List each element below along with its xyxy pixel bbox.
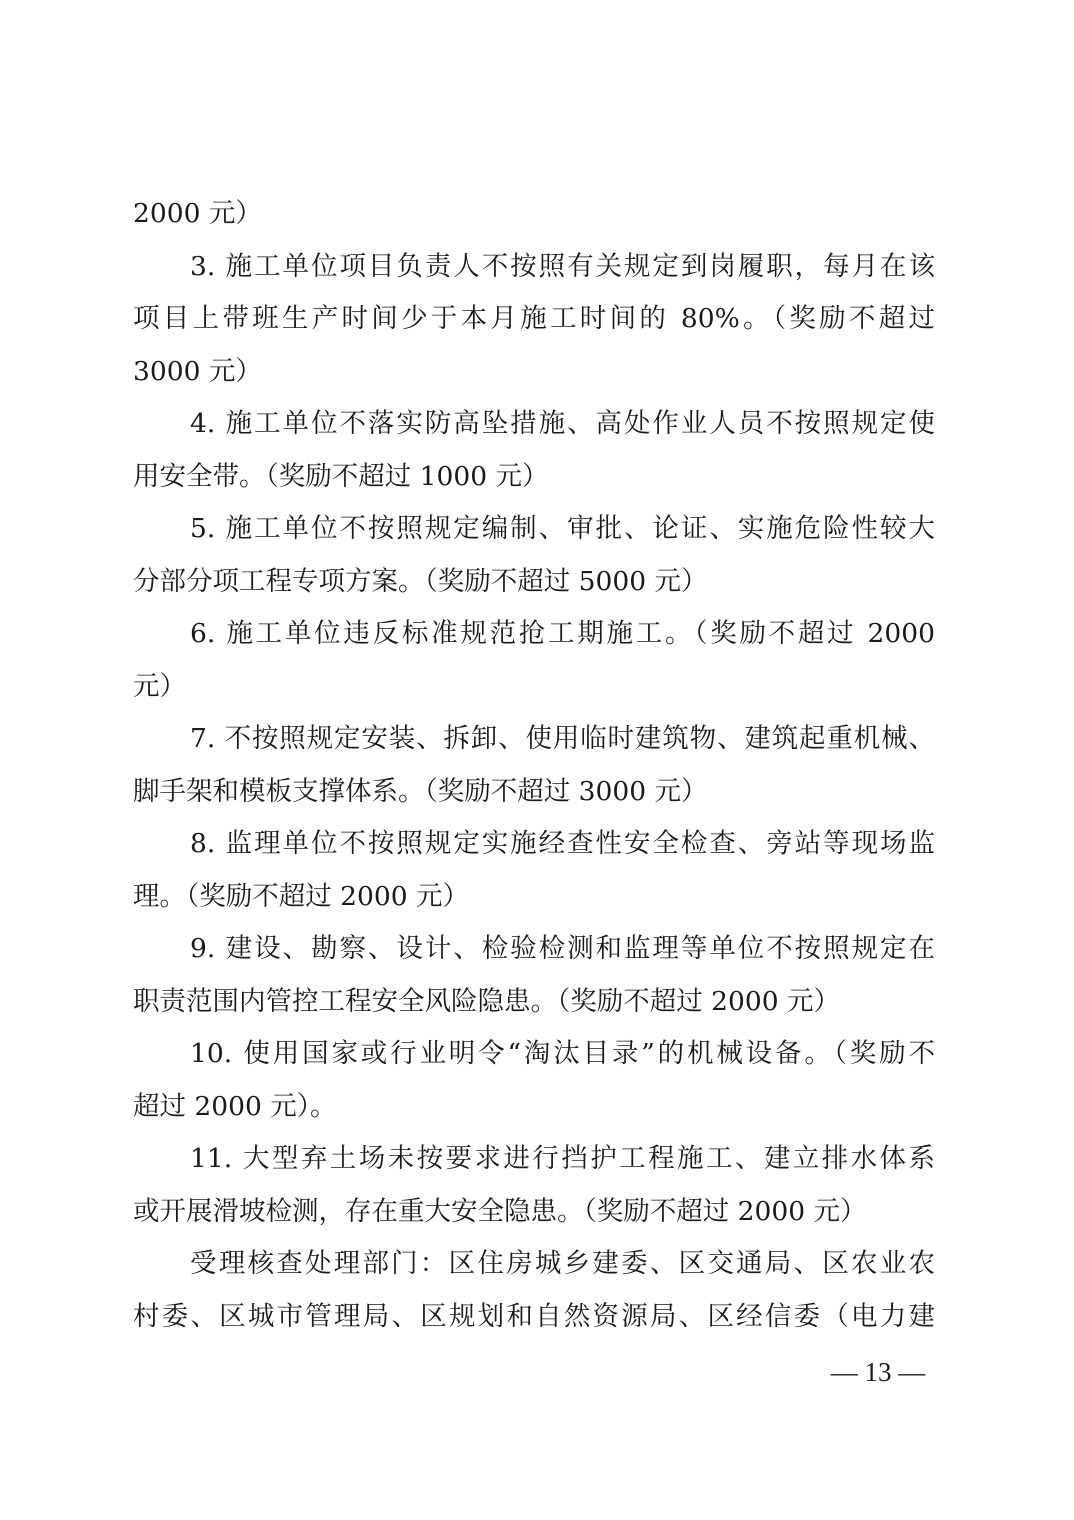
text-line: 3000 元） bbox=[133, 346, 935, 399]
text-line: 元） bbox=[133, 661, 935, 714]
text-line-item-10: 10. 使用国家或行业明令“淘汰目录”的机械设备。（奖励不 bbox=[133, 1028, 935, 1081]
text-line-item-8: 8. 监理单位不按照规定实施经查性安全检查、旁站等现场监 bbox=[133, 818, 935, 871]
text-line-item-9: 9. 建设、勘察、设计、检验检测和监理等单位不按照规定在 bbox=[133, 923, 935, 976]
text-line-item-11: 11. 大型弃土场未按要求进行挡护工程施工、建立排水体系 bbox=[133, 1133, 935, 1186]
text-line-continuation: 2000 元） bbox=[133, 188, 935, 241]
text-line: 超过 2000 元）。 bbox=[133, 1081, 935, 1134]
text-line-item-7: 7. 不按照规定安装、拆卸、使用临时建筑物、建筑起重机械、 bbox=[133, 713, 935, 766]
text-line-item-4: 4. 施工单位不落实防高坠措施、高处作业人员不按照规定使 bbox=[133, 398, 935, 451]
text-line: 村委、区城市管理局、区规划和自然资源局、区经信委（电力建 bbox=[133, 1291, 935, 1344]
text-line: 项目上带班生产时间少于本月施工时间的 80%。（奖励不超过 bbox=[133, 293, 935, 346]
text-line: 理。（奖励不超过 2000 元） bbox=[133, 871, 935, 924]
text-line-item-5: 5. 施工单位不按照规定编制、审批、论证、实施危险性较大 bbox=[133, 503, 935, 556]
text-line-item-6: 6. 施工单位违反标准规范抢工期施工。（奖励不超过 2000 bbox=[133, 608, 935, 661]
text-line-departments: 受理核查处理部门：区住房城乡建委、区交通局、区农业农 bbox=[133, 1238, 935, 1291]
page-number: — 13 — bbox=[828, 1352, 928, 1392]
text-line-item-3: 3. 施工单位项目负责人不按照有关规定到岗履职，每月在该 bbox=[133, 241, 935, 294]
text-line: 用安全带。（奖励不超过 1000 元） bbox=[133, 451, 935, 504]
text-line: 脚手架和模板支撑体系。（奖励不超过 3000 元） bbox=[133, 766, 935, 819]
text-line: 分部分项工程专项方案。（奖励不超过 5000 元） bbox=[133, 556, 935, 609]
text-line: 或开展滑坡检测，存在重大安全隐患。（奖励不超过 2000 元） bbox=[133, 1186, 935, 1239]
document-body: 2000 元） 3. 施工单位项目负责人不按照有关规定到岗履职，每月在该 项目上… bbox=[133, 188, 935, 1343]
text-line: 职责范围内管控工程安全风险隐患。（奖励不超过 2000 元） bbox=[133, 976, 935, 1029]
